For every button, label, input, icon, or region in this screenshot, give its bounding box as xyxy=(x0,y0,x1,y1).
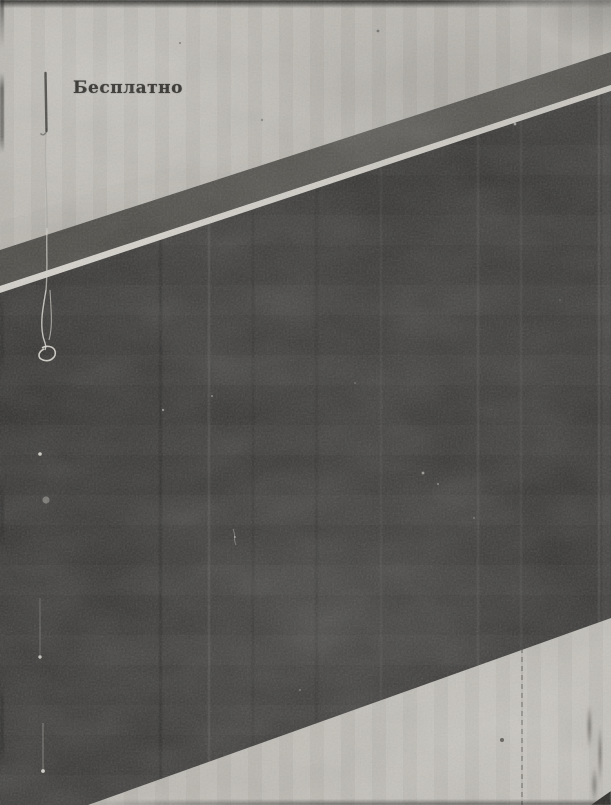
vertical-streak xyxy=(208,0,210,805)
pen-mark-hook xyxy=(41,128,47,135)
right-edge-smudges xyxy=(581,698,609,800)
vertical-streak xyxy=(598,0,600,805)
pen-mark xyxy=(46,73,47,131)
paper-speck xyxy=(179,42,181,44)
paper-speck xyxy=(500,738,504,742)
paper-speck xyxy=(261,119,263,121)
scanned-page: Бесплатно xyxy=(0,0,611,805)
free-stamp-text: Бесплатно xyxy=(73,78,183,97)
scan-left-edge-marks xyxy=(0,0,4,805)
vertical-streak xyxy=(159,0,162,805)
scan-top-border xyxy=(0,0,611,8)
paper-crease-line xyxy=(521,630,523,805)
scan-bottom-border xyxy=(0,799,611,805)
right-edge-strip xyxy=(602,0,611,805)
paper-speck xyxy=(377,30,380,33)
vertical-streak xyxy=(252,0,254,805)
